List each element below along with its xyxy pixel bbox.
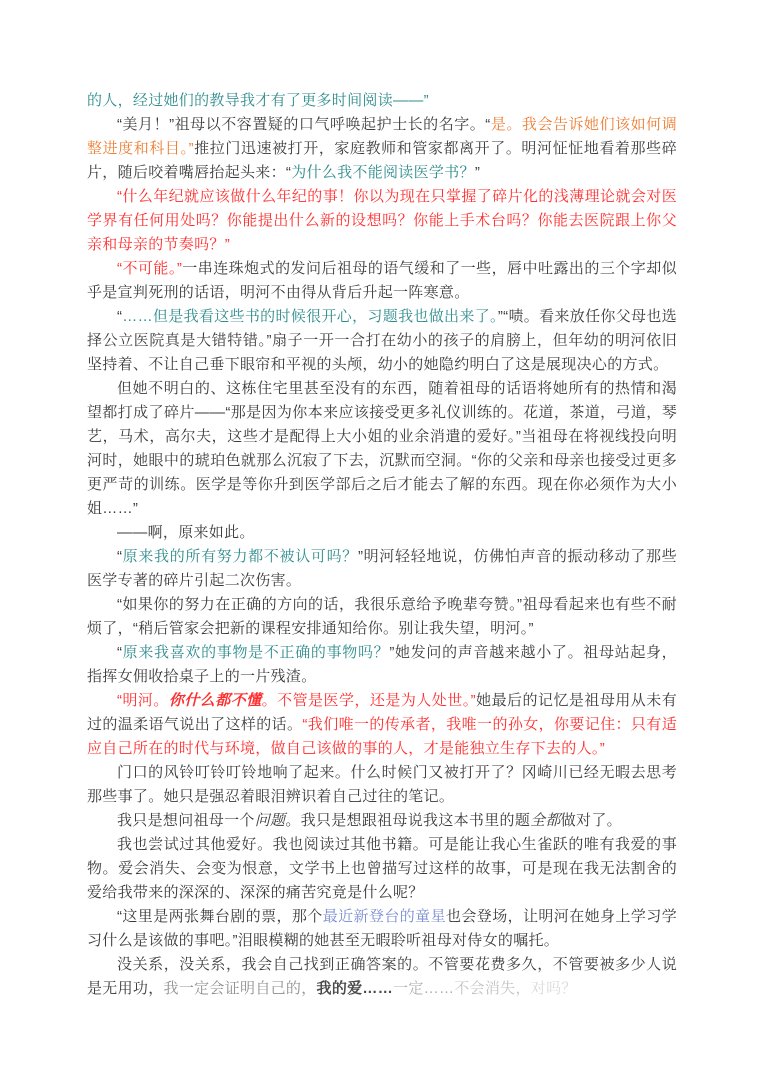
text-run: 我一定会证明自己的， xyxy=(164,980,317,997)
text-run: “美月！”祖母以不容置疑的口气呼唤起护士长的名字。“ xyxy=(117,116,491,133)
paragraph: 门口的风铃叮铃叮铃地响了起来。什么时候门又被打开了？冈崎川已经无暇去思考那些事了… xyxy=(87,761,677,809)
text-run: ” xyxy=(475,164,480,181)
text-run: 不会消失， xyxy=(454,980,531,997)
text-run: “如果你的努力在正确的方向的话，我很乐意给予晚辈夸赞。”祖母看起来也有些不耐烦了… xyxy=(87,596,677,637)
paragraph: ——啊，原来如此。 xyxy=(87,521,677,545)
text-run: “不可能。” xyxy=(117,260,182,277)
text-run: 原来我喜欢的事物是不正确的事物吗？ xyxy=(122,644,389,661)
paragraph: “美月！”祖母以不容置疑的口气呼唤起护士长的名字。“是。我会告诉她们该如何调整进… xyxy=(87,113,677,185)
paragraph: “什么年纪就应该做什么年纪的事！你以为现在只掌握了碎片化的浅薄理论就会对医学界有… xyxy=(87,185,677,257)
text-run: 我也尝试过其他爱好。我也阅读过其他书籍。可是能让我心生雀跃的唯有我爱的事物。爱会… xyxy=(87,836,677,901)
paragraph: “……但是我看这些书的时候很开心，习题我也做出来了。”“啧。看来放任你父母也选择… xyxy=(87,305,677,377)
text-run: 为什么我不能阅读医学书？ xyxy=(291,164,475,181)
text-run: 问题 xyxy=(255,812,286,829)
paragraph: “这里是两张舞台剧的票，那个最近新登台的童星也会登场，让明河在她身上学习学习什么… xyxy=(87,905,677,953)
text-run: “明河。 xyxy=(117,692,169,709)
paragraph: 的人，经过她们的教导我才有了更多时间阅读——” xyxy=(87,89,677,113)
text-run: “什么年纪就应该做什么年纪的事！你以为现在只掌握了碎片化的浅薄理论就会对医学界有… xyxy=(87,188,677,253)
text-run: 全都 xyxy=(530,812,561,829)
text-run: 一定…… xyxy=(393,980,454,997)
paragraph: 我只是想问祖母一个问题。我只是想跟祖母说我这本书里的题全都做对了。 xyxy=(87,809,677,833)
text-run: 。我只是想跟祖母说我这本书里的题 xyxy=(285,812,530,829)
document-body: 的人，经过她们的教导我才有了更多时间阅读——”“美月！”祖母以不容置疑的口气呼唤… xyxy=(87,89,677,1001)
text-run: 我的爱…… xyxy=(317,980,394,997)
paragraph: 没关系，没关系，我会自己找到正确答案的。不管要花费多久，不管要被多少人说是无用功… xyxy=(87,953,677,1001)
text-run: 对吗？ xyxy=(531,980,577,997)
text-run: “这里是两张舞台剧的票，那个 xyxy=(117,908,323,925)
text-run: 你什么都不懂 xyxy=(169,692,262,709)
text-run: ——啊，原来如此。 xyxy=(117,524,255,541)
text-run: 我只是想问祖母一个 xyxy=(117,812,255,829)
paragraph: 但她不明白的、这栋住宅里甚至没有的东西，随着祖母的话语将她所有的热情和渴望都打成… xyxy=(87,377,677,521)
paragraph: “不可能。”一串连珠炮式的发问后祖母的语气缓和了一些，唇中吐露出的三个字却似乎是… xyxy=(87,257,677,305)
document-page: 的人，经过她们的教导我才有了更多时间阅读——”“美月！”祖母以不容置疑的口气呼唤… xyxy=(87,89,677,1001)
text-run: 门口的风铃叮铃叮铃地响了起来。什么时候门又被打开了？冈崎川已经无暇去思考那些事了… xyxy=(87,764,677,805)
text-run: 做对了。 xyxy=(561,812,622,829)
text-run: 原来我的所有努力都不被认可吗？ xyxy=(122,548,358,565)
text-run: 的人，经过她们的教导我才有了更多时间阅读——” xyxy=(87,92,429,109)
highlighted-character-text: 最近新登台的童星 xyxy=(323,908,446,925)
paragraph: 我也尝试过其他爱好。我也阅读过其他书籍。可是能让我心生雀跃的唯有我爱的事物。爱会… xyxy=(87,833,677,905)
paragraph: “原来我喜欢的事物是不正确的事物吗？”她发问的声音越来越小了。祖母站起身，指挥女… xyxy=(87,641,677,689)
paragraph: “明河。你什么都不懂。不管是医学，还是为人处世。”她最后的记忆是祖母用从未有过的… xyxy=(87,689,677,761)
text-run: 。不管是医学，还是为人处世。” xyxy=(262,692,476,709)
paragraph: “原来我的所有努力都不被认可吗？”明河轻轻地说，仿佛怕声音的振动移动了那些医学专… xyxy=(87,545,677,593)
text-run: 但她不明白的、这栋住宅里甚至没有的东西，随着祖母的话语将她所有的热情和渴望都打成… xyxy=(87,380,677,517)
text-run: ……但是我看这些书的时候很开心，习题我也做出来了。 xyxy=(122,308,498,325)
paragraph: “如果你的努力在正确的方向的话，我很乐意给予晚辈夸赞。”祖母看起来也有些不耐烦了… xyxy=(87,593,677,641)
